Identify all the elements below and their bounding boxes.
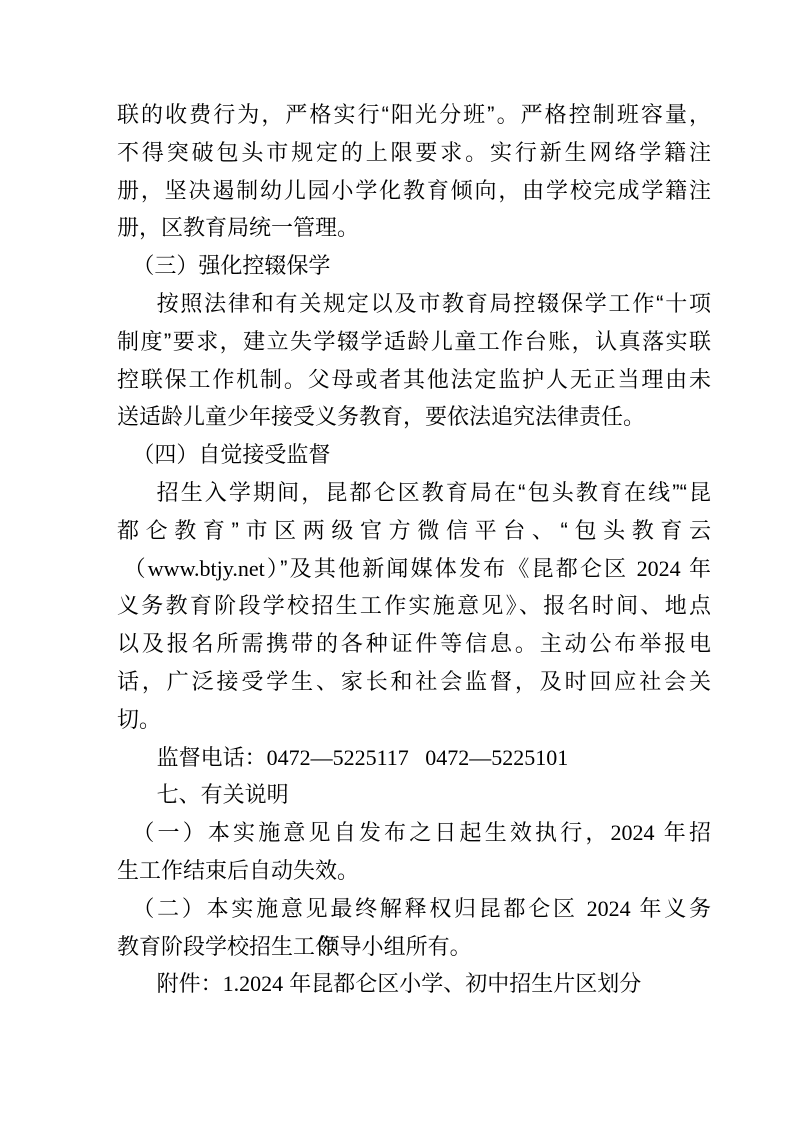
- document-page: 联的收费行为，严格实行“阳光分班”。严格控制班容量，不得突破包头市规定的上限要求…: [0, 0, 793, 1122]
- text-line-24: 附件：1.2024 年昆都仑区小学、初中招生片区划分: [117, 965, 711, 1003]
- text-segment: 1.2024: [223, 971, 284, 996]
- text-segment: 2024: [587, 896, 631, 921]
- text-line-2: 不得突破包头市规定的上限要求。实行新生网络学籍注: [117, 134, 711, 172]
- text-line-4: 册，区教育局统一管理。: [117, 209, 711, 247]
- text-line-11: 招生入学期间，昆都仑区教育局在“包头教育在线”“昆: [117, 474, 711, 512]
- text-segment: 以及报名所需携带的各种证件等信息。主动公布举报电: [117, 631, 711, 656]
- text-segment: 册，坚决遏制幼儿园小学化教育倾向，由学校完成学籍注: [117, 178, 711, 203]
- text-segment: 领导小组所有。: [318, 934, 472, 959]
- text-line-22: （二）本实施意见最终解释权归昆都仑区 2024 年义务: [117, 890, 711, 928]
- page-body: 联的收费行为，严格实行“阳光分班”。严格控制班容量，不得突破包头市规定的上限要求…: [117, 96, 711, 1003]
- text-line-21: 生工作结束后自动失效。: [117, 852, 711, 890]
- text-line-3: 册，坚决遏制幼儿园小学化教育倾向，由学校完成学籍注: [117, 172, 711, 210]
- text-segment: 监督电话：: [157, 745, 267, 770]
- text-segment: 附件：: [157, 971, 223, 996]
- text-segment: 不得突破包头市规定的上限要求。实行新生网络学籍注: [117, 140, 711, 165]
- text-segment: （一）本实施意见自发布之日起生效执行，: [132, 820, 610, 845]
- text-segment: 招生入学期间，昆都仑区教育局在“包头教育在线”“昆: [157, 480, 711, 505]
- text-line-7: 制度”要求，建立失学辍学适龄儿童工作台账，认真落实联: [117, 323, 711, 361]
- text-segment: 2024: [637, 556, 681, 581]
- text-line-19: 七、有关说明: [117, 776, 711, 814]
- text-segment: 0472—5225117 0472—5225101: [267, 745, 569, 770]
- text-segment: 制度”要求，建立失学辍学适龄儿童工作台账，认真落实联: [117, 329, 711, 354]
- text-segment: 切。: [117, 707, 161, 732]
- text-segment: （三）强化控辍保学: [132, 253, 330, 278]
- text-segment: 教育阶段学校招生工: [117, 934, 315, 959]
- text-segment: 义务教育阶段学校招生工作实施意见》、报名时间、地点: [117, 593, 711, 618]
- text-line-9: 送适龄儿童少年接受义务教育，要依法追究法律责任。: [117, 398, 711, 436]
- text-segment: 2024: [611, 820, 655, 845]
- text-segment: 送适龄儿童少年接受义务教育，要依法追究法律责任。: [117, 404, 645, 429]
- text-line-15: 以及报名所需携带的各种证件等信息。主动公布举报电: [117, 625, 711, 663]
- text-segment: 生工作结束后自动失效。: [117, 858, 359, 883]
- text-segment: （四）自觉接受监督: [132, 442, 330, 467]
- text-line-5: （三）强化控辍保学: [117, 247, 711, 285]
- text-line-17: 切。: [117, 701, 711, 739]
- text-segment: 话，广泛接受学生、家长和社会监督，及时回应社会关: [117, 669, 711, 694]
- text-line-18: 监督电话：0472—5225117 0472—5225101: [117, 739, 711, 777]
- text-segment: 年义务: [631, 896, 711, 921]
- text-segment: 册，区教育局统一管理。: [117, 215, 359, 240]
- text-line-23: 教育阶段学校招生工作领导小组所有。: [117, 928, 711, 966]
- text-line-8: 控联保工作机制。父母或者其他法定监护人无正当理由未: [117, 361, 711, 399]
- text-line-1: 联的收费行为，严格实行“阳光分班”。严格控制班容量，: [117, 96, 711, 134]
- text-segment: 年昆都仑区小学、初中招生片区划分: [283, 971, 641, 996]
- text-line-10: （四）自觉接受监督: [117, 436, 711, 474]
- text-segment: 都仑教育”市区两级官方微信平台、“包头教育云: [117, 518, 711, 543]
- text-segment: 控联保工作机制。父母或者其他法定监护人无正当理由未: [117, 367, 711, 392]
- text-segment: 年招: [655, 820, 711, 845]
- text-line-6: 按照法律和有关规定以及市教育局控辍保学工作“十项: [117, 285, 711, 323]
- text-line-14: 义务教育阶段学校招生工作实施意见》、报名时间、地点: [117, 587, 711, 625]
- text-segment: www.btjy.net: [148, 556, 265, 581]
- text-line-13: （www.btjy.net）”及其他新闻媒体发布《昆都仑区 2024 年: [117, 550, 711, 588]
- text-line-12: 都仑教育”市区两级官方微信平台、“包头教育云: [117, 512, 711, 550]
- text-line-16: 话，广泛接受学生、家长和社会监督，及时回应社会关: [117, 663, 711, 701]
- text-segment: 按照法律和有关规定以及市教育局控辍保学工作“十项: [157, 291, 711, 316]
- text-segment: 年: [681, 556, 711, 581]
- text-segment: ）”及其他新闻媒体发布《昆都仑区: [265, 556, 637, 581]
- text-line-20: （一）本实施意见自发布之日起生效执行，2024 年招: [117, 814, 711, 852]
- text-segment: 七、有关说明: [157, 782, 289, 807]
- text-segment: （: [124, 556, 148, 581]
- text-segment: 联的收费行为，严格实行“阳光分班”。严格控制班容量，: [117, 102, 711, 127]
- text-segment: （二）本实施意见最终解释权归昆都仑区: [132, 896, 586, 921]
